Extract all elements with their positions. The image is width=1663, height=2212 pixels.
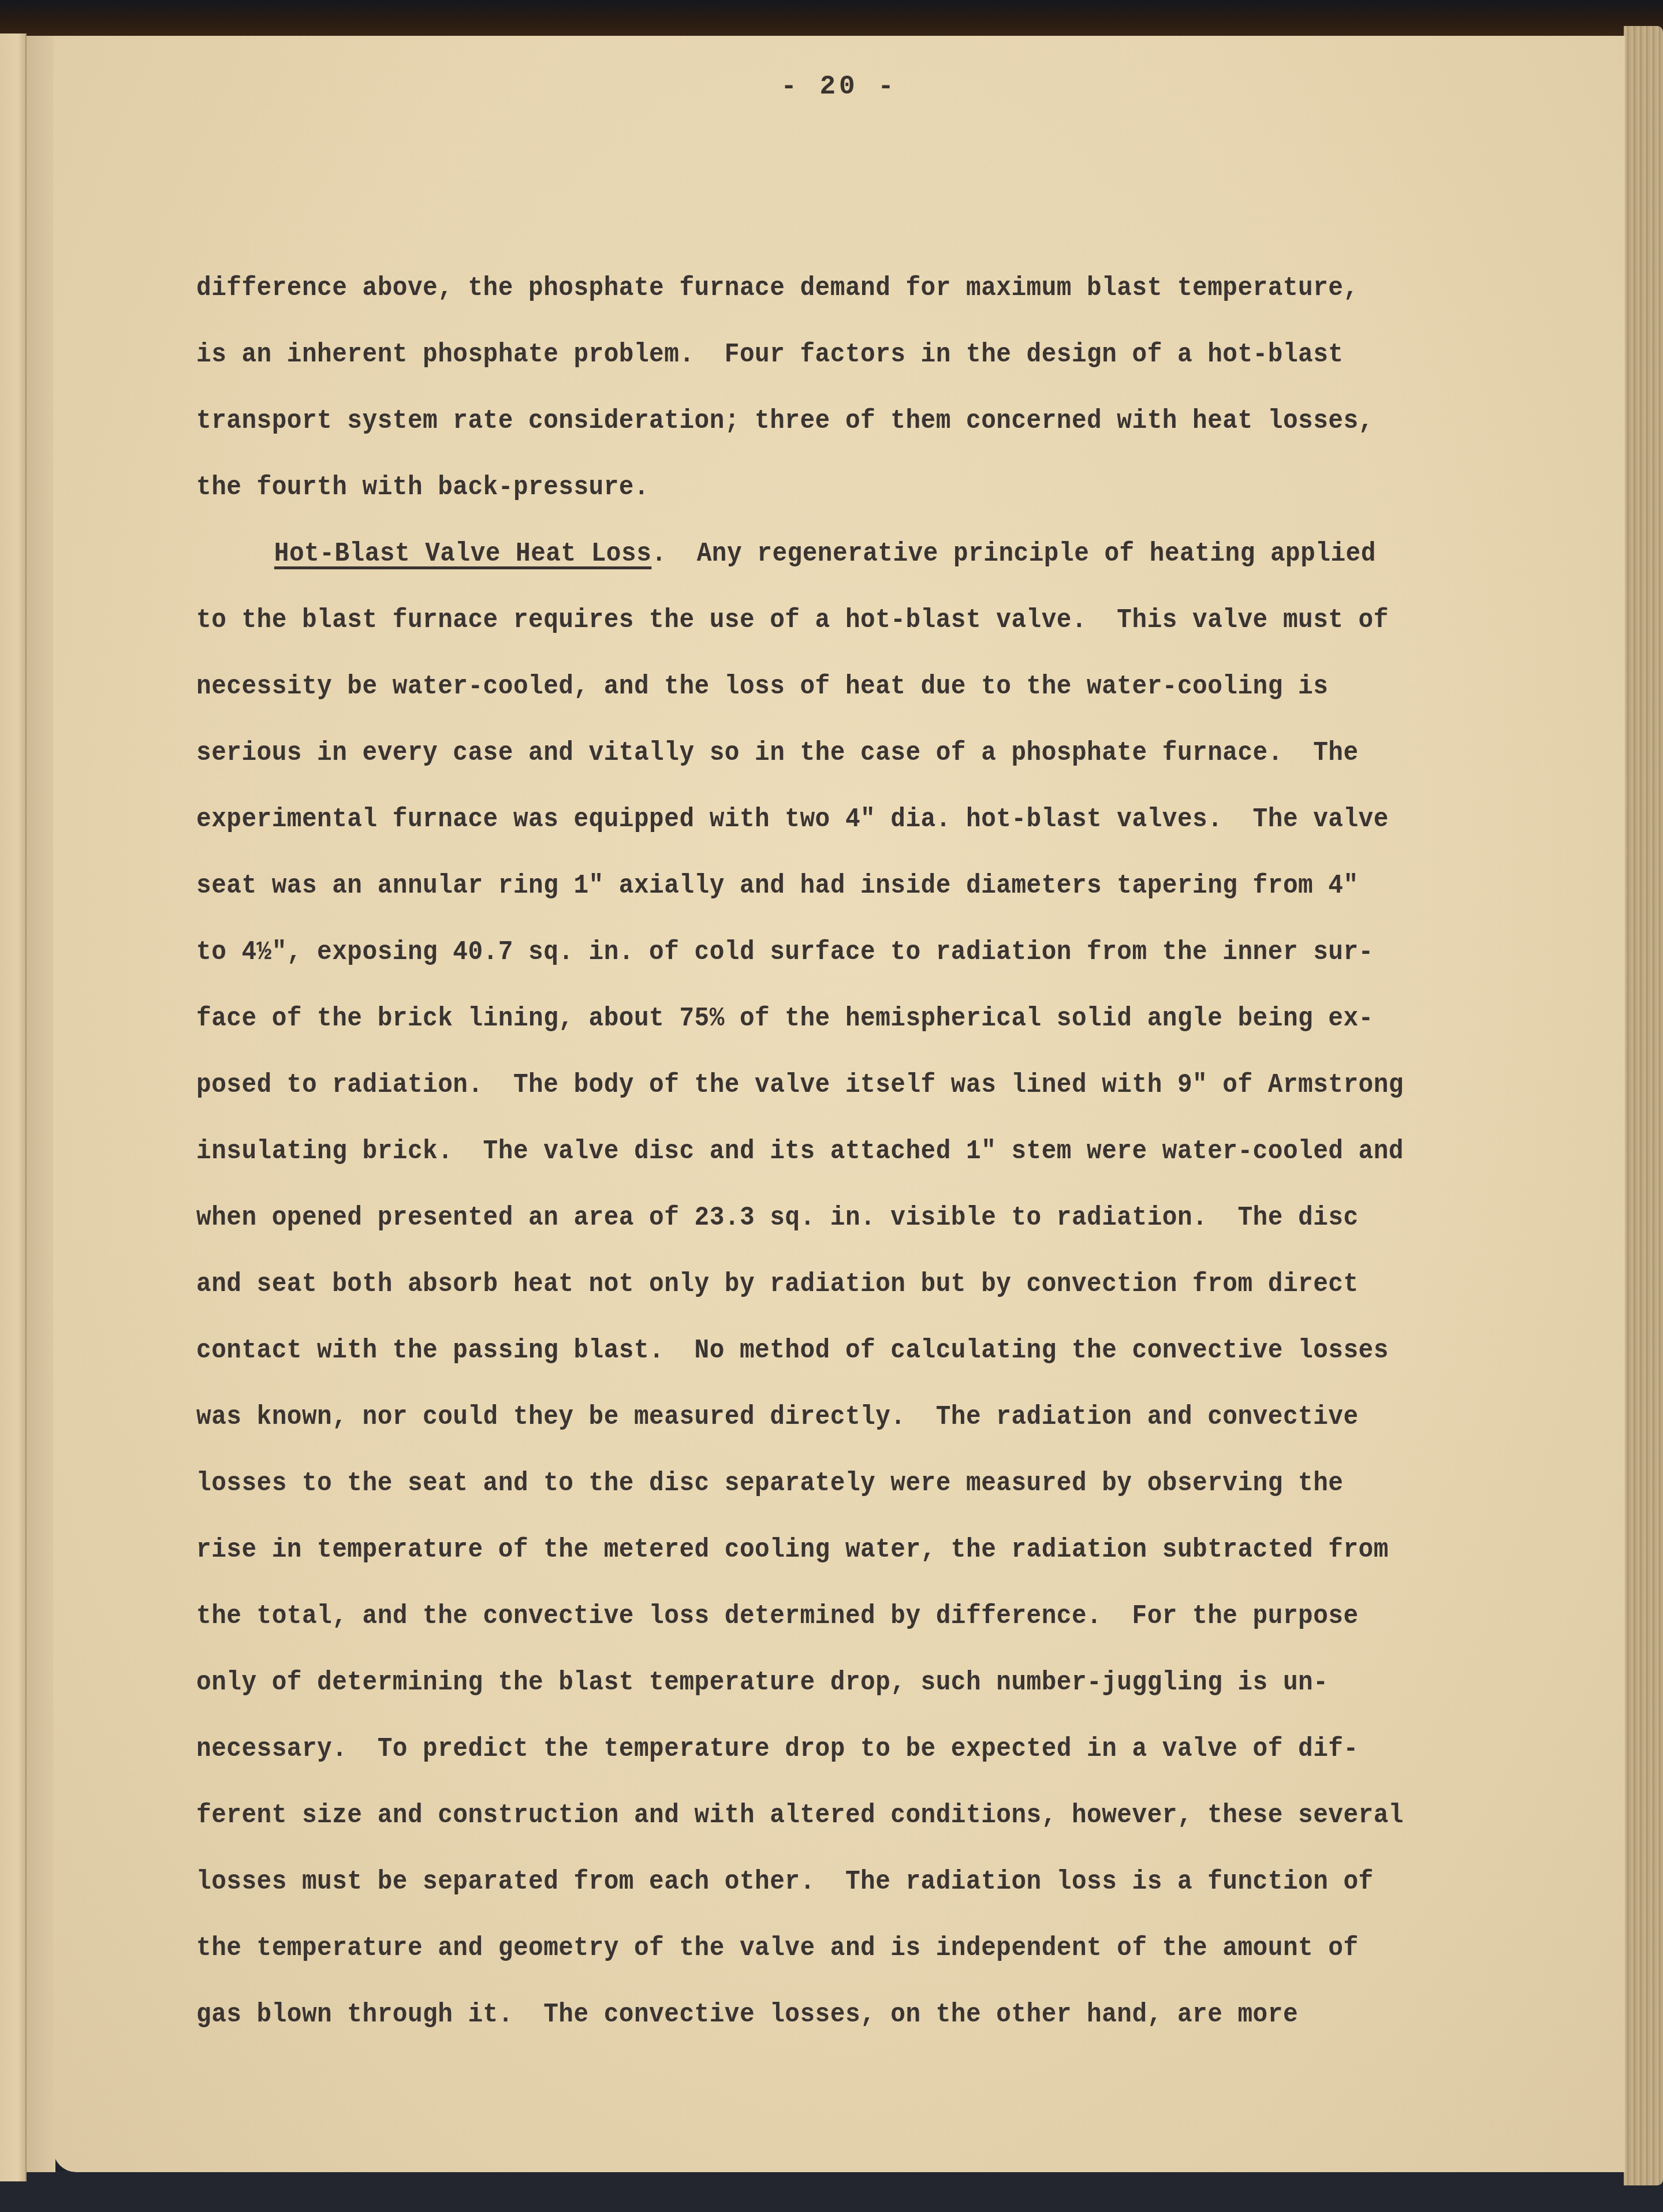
text-line: to the blast furnace requires the use of… <box>196 587 1496 654</box>
text-line: the temperature and geometry of the valv… <box>196 1915 1496 1982</box>
text-line: only of determining the blast temperatur… <box>196 1650 1496 1716</box>
text-line: the total, and the convective loss deter… <box>196 1583 1496 1650</box>
text-line: is an inherent phosphate problem. Four f… <box>196 322 1496 388</box>
text-line: rise in temperature of the metered cooli… <box>196 1517 1496 1583</box>
previous-page-edge <box>0 33 27 2181</box>
text-line: necessary. To predict the temperature dr… <box>196 1716 1496 1782</box>
text-line: posed to radiation. The body of the valv… <box>196 1052 1496 1118</box>
text-line: losses to the seat and to the disc separ… <box>196 1450 1496 1517</box>
section-first-line: Hot-Blast Valve Heat Loss. Any regenerat… <box>196 521 1496 587</box>
document-page: - 20 - difference above, the phosphate f… <box>53 36 1625 2172</box>
section-heading: Hot-Blast Valve Heat Loss <box>274 539 651 569</box>
text-line: face of the brick lining, about 75% of t… <box>196 986 1496 1052</box>
book-binding-bottom <box>0 2171 1663 2212</box>
section-first-line-text: . Any regenerative principle of heating … <box>651 539 1376 569</box>
text-line: to 4½", exposing 40.7 sq. in. of cold su… <box>196 919 1496 986</box>
gutter-shadow <box>27 36 55 2172</box>
text-line: difference above, the phosphate furnace … <box>196 255 1496 322</box>
text-line: losses must be separated from each other… <box>196 1849 1496 1915</box>
text-line: was known, nor could they be measured di… <box>196 1384 1496 1450</box>
text-line: and seat both absorb heat not only by ra… <box>196 1251 1496 1318</box>
text-line: gas blown through it. The convective los… <box>196 1982 1496 2048</box>
text-line: transport system rate consideration; thr… <box>196 388 1496 454</box>
text-line: serious in every case and vitally so in … <box>196 720 1496 786</box>
page-stack-edges <box>1624 26 1663 2185</box>
text-line: when opened presented an area of 23.3 sq… <box>196 1185 1496 1251</box>
body-text: difference above, the phosphate furnace … <box>196 255 1594 2048</box>
text-line: seat was an annular ring 1" axially and … <box>196 853 1496 919</box>
text-line: experimental furnace was equipped with t… <box>196 786 1496 853</box>
book-binding-top <box>0 0 1663 40</box>
text-line: insulating brick. The valve disc and its… <box>196 1118 1496 1185</box>
text-line: ferent size and construction and with al… <box>196 1782 1496 1849</box>
page-number: - 20 - <box>53 72 1625 102</box>
text-line: contact with the passing blast. No metho… <box>196 1318 1496 1384</box>
text-line: necessity be water-cooled, and the loss … <box>196 654 1496 720</box>
text-line: the fourth with back-pressure. <box>196 454 1496 521</box>
